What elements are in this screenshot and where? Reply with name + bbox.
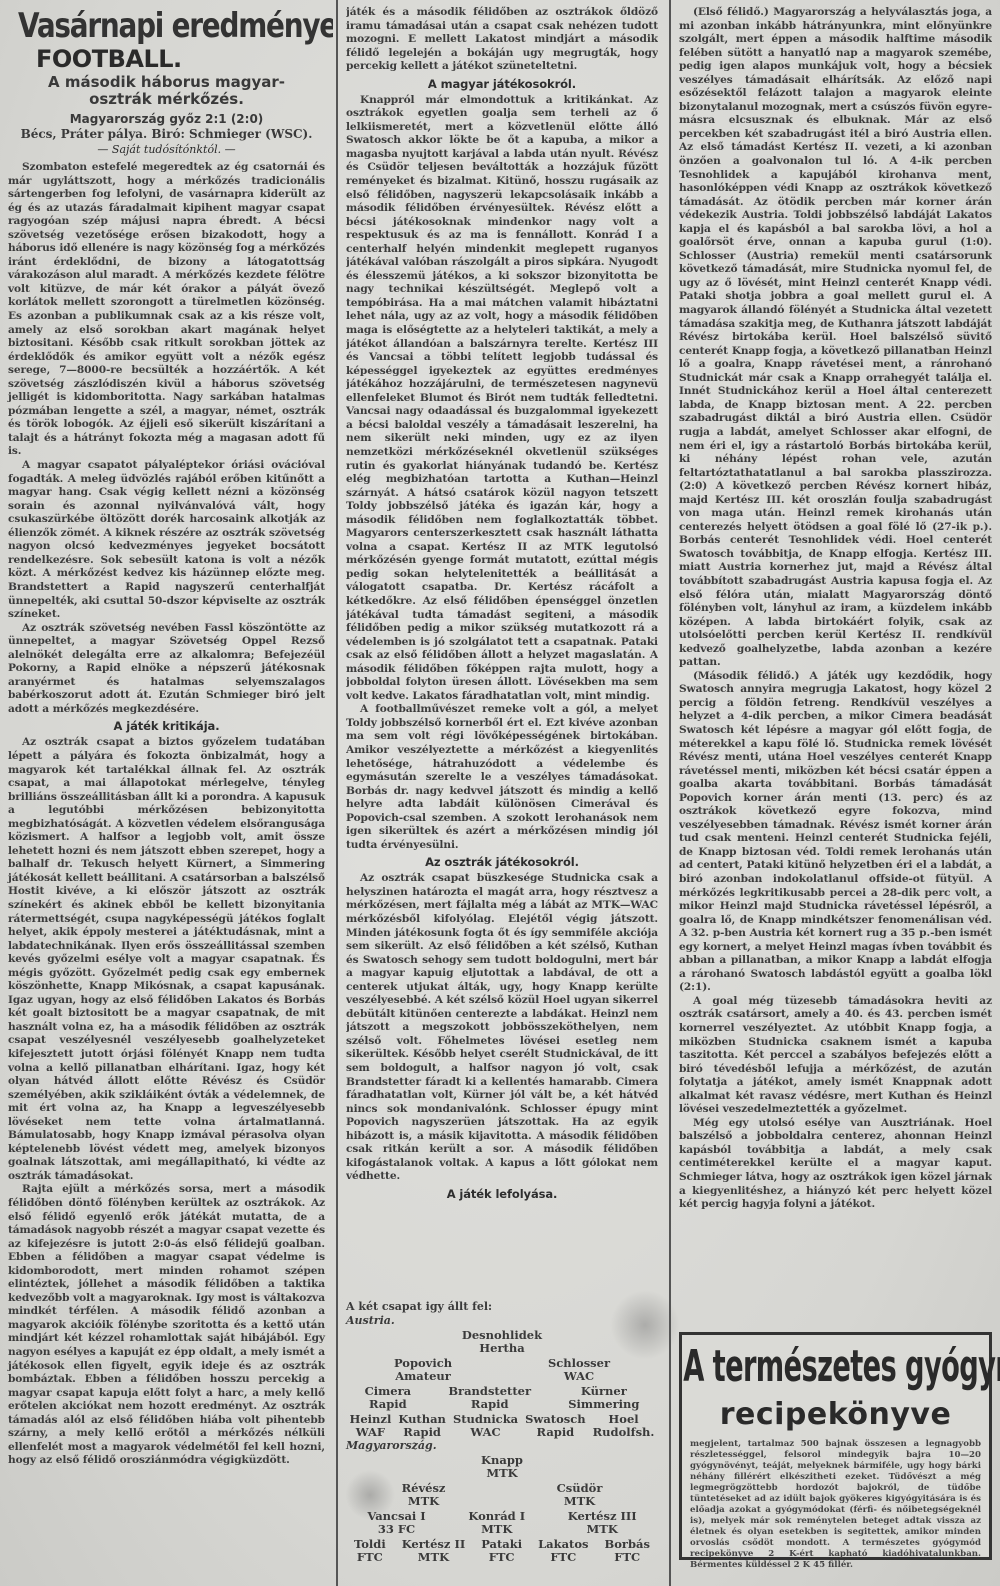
ink-smudge (345, 1470, 395, 1520)
subhead-game-critique: A játék kritikája. (8, 718, 325, 734)
team-a-formation: DesnohlidekHerthaPopovichAmateurSchlosse… (346, 1329, 658, 1439)
formation-row: ToldiFTCKertész IIMTKPatakiFTCLakatosFTC… (346, 1538, 658, 1564)
paragraph: Rajta ejült a mérkőzés sorsa, mert a más… (8, 1183, 325, 1467)
paragraph: A magyar csapatot pályaléptekor óriási o… (8, 459, 325, 622)
player-club: WAF (350, 1426, 392, 1439)
team-b-formation: KnappMTKRévészMTKCsüdörMTKVancsai I33 FC… (346, 1454, 658, 1564)
player-club: WAC (548, 1370, 610, 1383)
byline: — Saját tudósítónktól. — (8, 142, 325, 157)
player-club: Rapid (448, 1398, 531, 1411)
player-club: MTK (468, 1523, 525, 1536)
player: SchlosserWAC (548, 1357, 610, 1383)
player-club: MTK (481, 1467, 523, 1480)
player: CsüdörMTK (557, 1482, 603, 1508)
player-club: FTC (538, 1551, 588, 1564)
player: StudnickaWAC (453, 1413, 518, 1439)
ink-smudge (610, 1290, 680, 1360)
masthead: Vasárnapi eredmények. (18, 6, 270, 46)
player: Kertész IIMTK (402, 1538, 466, 1564)
player: HoelRudolfsh. (593, 1413, 655, 1439)
player: PopovichAmateur (394, 1357, 452, 1383)
formation-row: KnappMTK (346, 1454, 658, 1480)
section-title: FOOTBALL. (36, 46, 325, 72)
paragraph: Az osztrák csapat a biztos győzelem tuda… (8, 736, 325, 1183)
player: BorbásFTC (605, 1538, 650, 1564)
paragraph: Az osztrák szövetség nevében Fassl köszö… (8, 622, 325, 717)
player: DesnohlidekHertha (462, 1329, 542, 1355)
venue-line: Bécs, Práter pálya. Biró: Schmieger (WSC… (8, 127, 325, 142)
paragraph: A footballművészet remeke volt a gól, a … (346, 703, 658, 852)
subhead-hungarian-players: A magyar játékosokról. (346, 76, 658, 92)
player-club: Rudolfsh. (593, 1426, 655, 1439)
player: HeinzlWAF (350, 1413, 392, 1439)
player-club: Rapid (365, 1398, 412, 1411)
player: RévészMTK (402, 1482, 446, 1508)
player: CimeraRapid (365, 1385, 412, 1411)
advertisement-box: A természetes gyógymód recipekönyve megj… (679, 1332, 992, 1560)
team-b-label: Magyarország. (346, 1439, 658, 1452)
player-club: MTK (402, 1551, 466, 1564)
subhead-austrian-players: Az osztrák játékosokról. (346, 854, 658, 870)
player: Konrád IMTK (468, 1510, 525, 1536)
player: KürnerSimmering (568, 1385, 639, 1411)
paragraph: Knappról már elmondottuk a kritikánkat. … (346, 94, 658, 704)
score-line: Magyarország győz 2:1 (2:0) (8, 112, 325, 127)
column-2-body: játék és a második félidőben az osztráko… (346, 6, 658, 1204)
player: SwatoschRapid (525, 1413, 585, 1439)
player: KnappMTK (481, 1454, 523, 1480)
paragraph: Az osztrák csapat büszkesége Studnicka c… (346, 872, 658, 1184)
player-club: MTK (402, 1495, 446, 1508)
column-1: Vasárnapi eredmények. FOOTBALL. A másodi… (0, 0, 333, 1586)
player-club: MTK (557, 1495, 603, 1508)
paragraph-second-half: (Második félidő.) A játék ugy kezdődik, … (679, 670, 992, 995)
newspaper-page: Vasárnapi eredmények. FOOTBALL. A másodi… (0, 0, 1000, 1586)
player-club: 33 FC (367, 1523, 425, 1536)
column-3-body: (Első félidő.) Magyarország a helyválasz… (679, 6, 992, 1212)
column-1-body: Szombaton estefelé megeredtek az ég csat… (8, 161, 325, 1468)
player: KuthanRapid (398, 1413, 446, 1439)
player: PatakiFTC (481, 1538, 522, 1564)
formation-row: PopovichAmateurSchlosserWAC (346, 1357, 658, 1383)
player-club: WAC (453, 1426, 518, 1439)
player-club: Rapid (398, 1426, 446, 1439)
ad-subtitle: recipekönyve (690, 1395, 981, 1435)
player-club: FTC (354, 1551, 386, 1564)
paragraph: Még egy utolsó esélye van Ausztriának. H… (679, 1117, 992, 1212)
formation-row: Vancsai I33 FCKonrád IMTKKertész IIIMTK (346, 1510, 658, 1536)
player-club: Rapid (525, 1426, 585, 1439)
paragraph: játék és a második félidőben az osztráko… (346, 6, 658, 74)
player: ToldiFTC (354, 1538, 386, 1564)
formation-row: CimeraRapidBrandstetterRapidKürnerSimmer… (346, 1385, 658, 1411)
article-headline: A második háborus magyar-osztrák mérkőzé… (18, 74, 315, 108)
formation-row: HeinzlWAFKuthanRapidStudnickaWACSwatosch… (346, 1413, 658, 1439)
player-club: MTK (568, 1523, 637, 1536)
subhead-game-course: A játék lefolyása. (346, 1186, 658, 1202)
paragraph: A goal még tüzesebb támadásokra heviti a… (679, 995, 992, 1117)
paragraph: Szombaton estefelé megeredtek az ég csat… (8, 161, 325, 459)
player: LakatosFTC (538, 1538, 588, 1564)
player-club: Simmering (568, 1398, 639, 1411)
column-2: játék és a második félidőben az osztráko… (336, 0, 666, 1586)
player-club: Hertha (462, 1342, 542, 1355)
ad-body: megjelent, tartalmaz 500 bajnak összesen… (690, 1439, 981, 1571)
player-club: Amateur (394, 1370, 452, 1383)
ad-title: A természetes gyógymód (683, 1339, 987, 1395)
player: BrandstetterRapid (448, 1385, 531, 1411)
player-club: FTC (481, 1551, 522, 1564)
paragraph-first-half: (Első félidő.) Magyarország a helyválasz… (679, 6, 992, 670)
player: Kertész IIIMTK (568, 1510, 637, 1536)
player-club: FTC (605, 1551, 650, 1564)
team-lineup: A két csapat igy állt fel: Austria. Desn… (346, 1300, 658, 1586)
column-3: (Első félidő.) Magyarország a helyválasz… (669, 0, 1000, 1586)
